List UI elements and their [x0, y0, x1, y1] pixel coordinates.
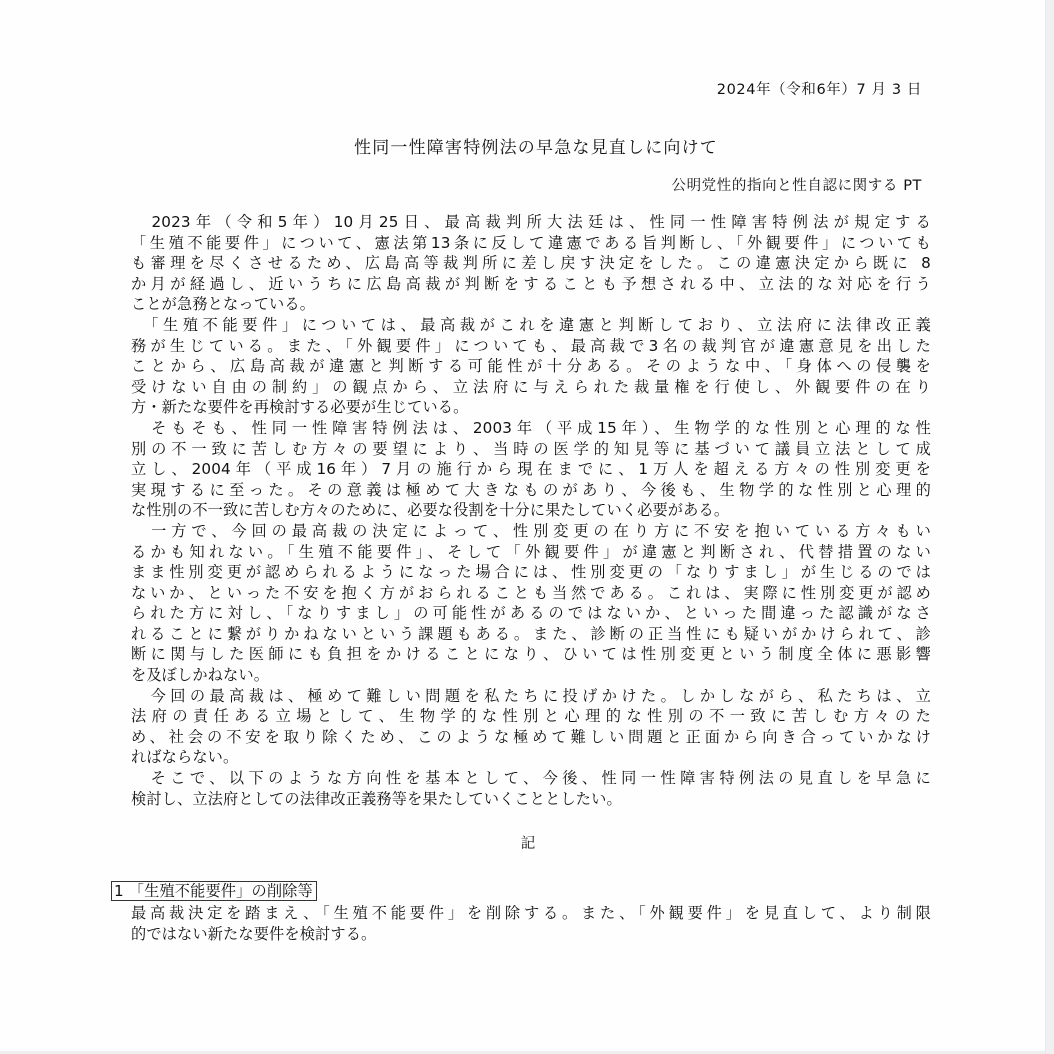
body-line: な性別の不一致に苦しむ方々のために、必要な役割を十分に果たしていく必要がある。: [131, 500, 931, 521]
body-line: 法府の責任ある立場として、生物学的な性別と心理的な性別の不一致に苦しむ方々のた: [131, 706, 931, 727]
body-line: ないか、といった不安を抱く方がおられることも当然である。これは、実際に性別変更が…: [131, 583, 931, 604]
section-line: 最高裁決定を踏まえ、「生殖不能要件」を削除する。また、「外観要件」を見直して、よ…: [131, 903, 931, 924]
body-line: 検討し、立法府としての法律改正義務等を果たしていくこととしたい。: [131, 789, 931, 810]
body-line: られた方に対し、「なりすまし」の可能性があるのではないか、といった間違った認識が…: [131, 603, 931, 624]
document-date: 2024年（令和6年）7 月 3 日: [717, 78, 922, 99]
body-line: め、社会の不安を取り除くため、このような極めて難しい問題と正面から向き合っていか…: [131, 727, 931, 748]
document-title: 性同一性障害特例法の早急な見直しに向けて: [0, 133, 1054, 158]
body-line: まま性別変更が認められるようになった場合には、性別変更の「なりすまし」が生じるの…: [131, 562, 931, 583]
vertical-scrollbar[interactable]: [1045, 0, 1054, 1054]
section-line: 的ではない新たな要件を検討する。: [131, 924, 931, 945]
body-line: 務が生じている。また、「外観要件」についても、最高裁で3名の裁判官が違憲意見を出…: [131, 336, 931, 357]
body-line: 「生殖不能要件」について、憲法第13条に反して違憲である旨判断し、「外観要件」に…: [131, 233, 931, 254]
body-line: 一方で、今回の最高裁の決定によって、性別変更の在り方に不安を抱いている方々もい: [131, 521, 931, 542]
body-line: 断に関与した医師にも負担をかけることになり、ひいては性別変更という制度全体に悪影…: [131, 644, 931, 665]
document-page: 2024年（令和6年）7 月 3 日 性同一性障害特例法の早急な見直しに向けて …: [0, 0, 1046, 1050]
body-line: 2023年（令和5年）10月25日、最高裁判所大法廷は、性同一性障害特例法が規定…: [131, 212, 931, 233]
body-line: を及ぼしかねない。: [131, 665, 931, 686]
body-line: 方・新たな要件を再検討する必要が生じている。: [131, 397, 931, 418]
body-line: そもそも、性同一性障害特例法は、2003年（平成15年）、生物学的な性別と心理的…: [131, 418, 931, 439]
body-line: 「生殖不能要件」については、最高裁がこれを違憲と判断しており、立法府に法律改正義: [131, 315, 931, 336]
body-line: も審理を尽くさせるため、広島高等裁判所に差し戻す決定をした。この違憲決定から既に…: [131, 253, 931, 274]
body-line: 別の不一致に苦しむ方々の要望により、当時の医学的知見等に基づいて議員立法として成: [131, 439, 931, 460]
body-line: れることに繋がりかねないという課題もある。また、診断の正当性にも疑いがかけられて…: [131, 624, 931, 645]
document-body: 2023年（令和5年）10月25日、最高裁判所大法廷は、性同一性障害特例法が規定…: [131, 212, 931, 809]
body-line: ことが急務となっている。: [131, 294, 931, 315]
body-line: 実現するに至った。その意義は極めて大きなものがあり、今後も、生物学的な性別と心理…: [131, 480, 931, 501]
body-line: か月が経過し、近いうちに広島高裁が判断をすることも予想される中、立法的な対応を行…: [131, 274, 931, 295]
body-line: ことから、広島高裁が違憲と判断する可能性が十分ある。そのような中、「身体への侵襲…: [131, 356, 931, 377]
body-line: 立し、2004年（平成16年）7月の施行から現在までに、1万人を超える方々の性別…: [131, 459, 931, 480]
body-line: そこで、以下のような方向性を基本として、今後、性同一性障害特例法の見直しを早急に: [131, 768, 931, 789]
body-line: 今回の最高裁は、極めて難しい問題を私たちに投げかけた。しかしながら、私たちは、立: [131, 686, 931, 707]
section-body: 最高裁決定を踏まえ、「生殖不能要件」を削除する。また、「外観要件」を見直して、よ…: [131, 903, 931, 944]
body-line: るかも知れない。「生殖不能要件」、そして「外観要件」が違憲と判断され、代替措置の…: [131, 542, 931, 563]
notes-marker: 記: [0, 832, 1054, 853]
body-line: 受けない自由の制約」の観点から、立法府に与えられた裁量権を行使し、外観要件の在り: [131, 377, 931, 398]
section-heading: 1 「生殖不能要件」の削除等: [111, 881, 317, 901]
document-author: 公明党性的指向と性自認に関する PT: [671, 174, 922, 195]
body-line: ればならない。: [131, 747, 931, 768]
